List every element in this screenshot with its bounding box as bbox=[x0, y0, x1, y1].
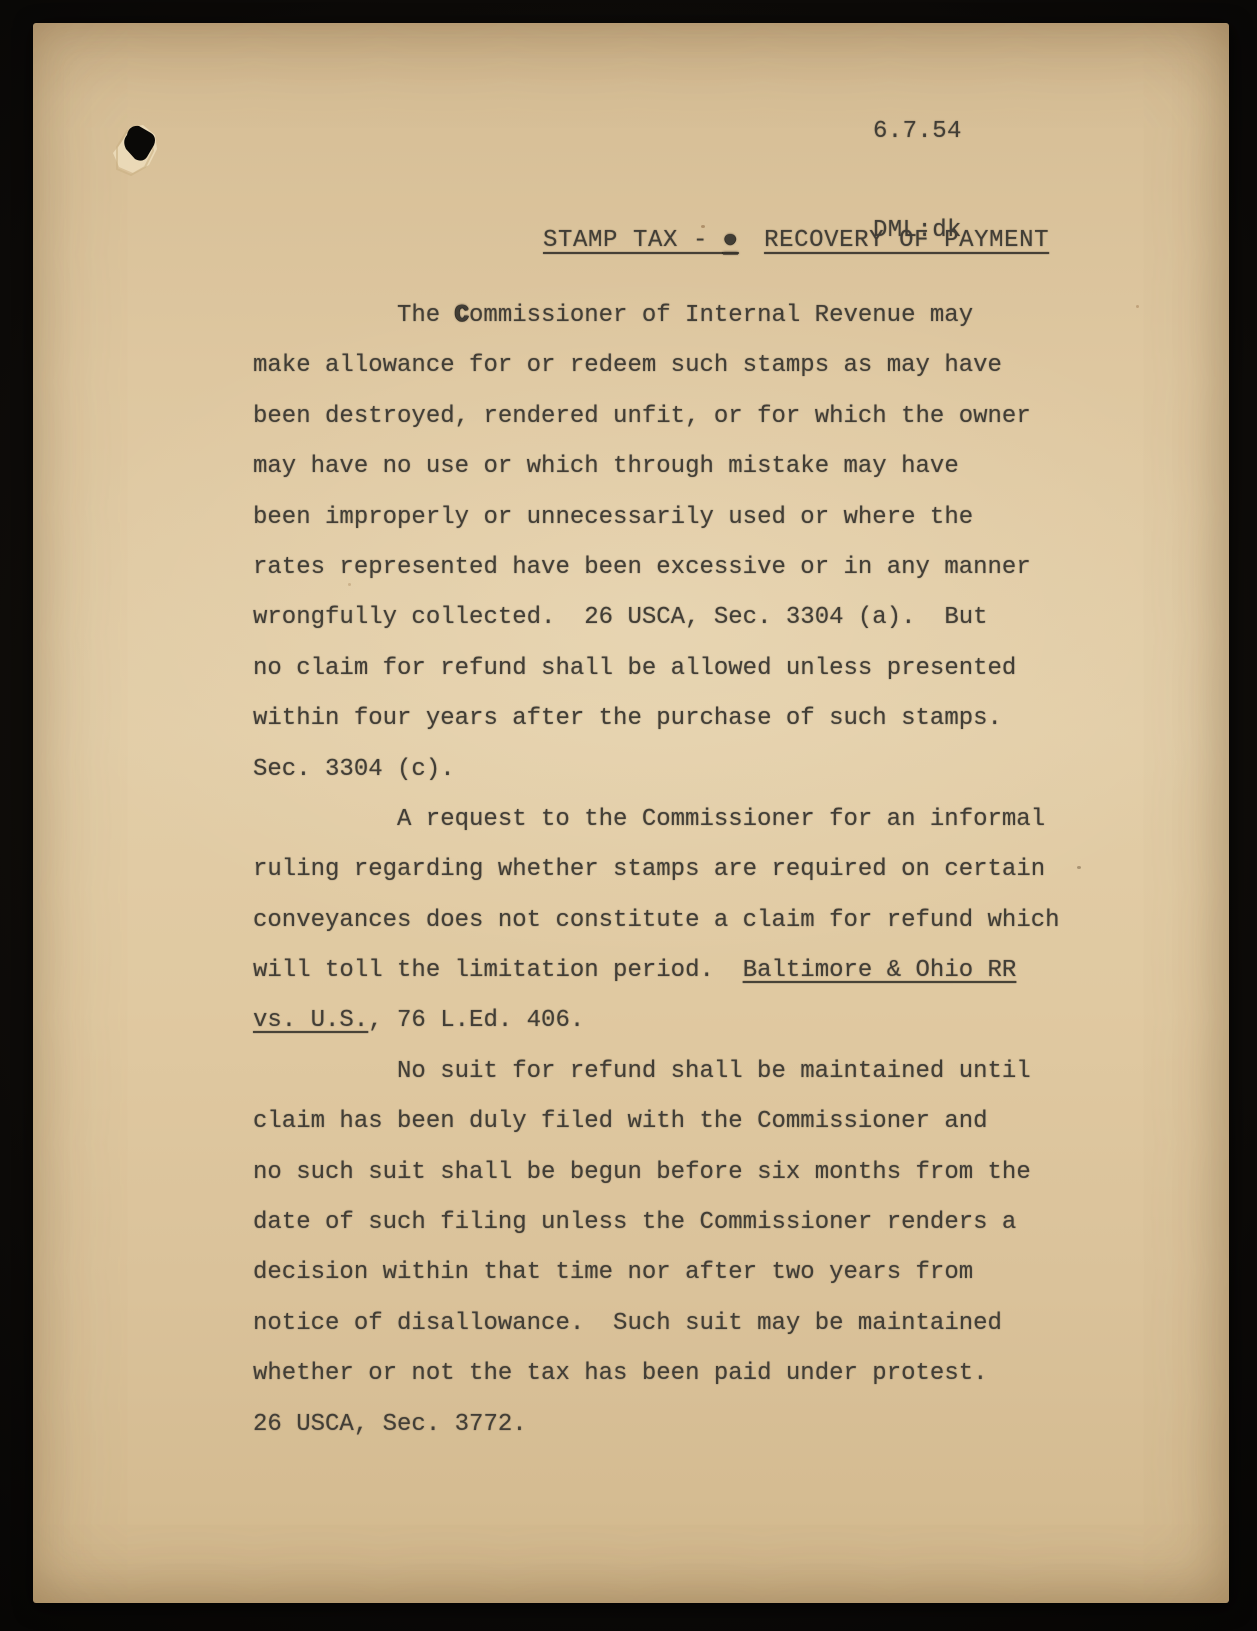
text-segment: A request to the Commissioner for an inf… bbox=[397, 806, 1045, 833]
text-segment: been destroyed, rendered unfit, or for w… bbox=[253, 403, 1031, 430]
text-segment: C bbox=[455, 302, 469, 329]
text-segment: ommissioner of Internal Revenue may bbox=[469, 302, 973, 329]
underlined-citation: vs. U.S. bbox=[253, 1007, 368, 1034]
text-segment: date of such filing unless the Commissio… bbox=[253, 1209, 1016, 1236]
text-segment: no claim for refund shall be allowed unl… bbox=[253, 655, 1016, 682]
document-line: vs. U.S., 76 L.Ed. 406. bbox=[253, 996, 1113, 1046]
document-line: Sec. 3304 (c). bbox=[253, 745, 1113, 795]
document-line: 26 USCA, Sec. 3772. bbox=[253, 1400, 1113, 1450]
text-segment: The bbox=[397, 302, 455, 329]
document-line: decision within that time nor after two … bbox=[253, 1248, 1113, 1298]
text-segment: no such suit shall be begun before six m… bbox=[253, 1159, 1031, 1186]
text-segment: make allowance for or redeem such stamps… bbox=[253, 352, 1002, 379]
document-line: date of such filing unless the Commissio… bbox=[253, 1198, 1113, 1248]
date-stamp: 6.7.54 bbox=[873, 115, 962, 148]
paper-sheet: 6.7.54 DML:dk STAMP TAX - ●RECOVERY OF P… bbox=[33, 23, 1229, 1603]
document-line: rates represented have been excessive or… bbox=[253, 543, 1113, 593]
document-line: been destroyed, rendered unfit, or for w… bbox=[253, 392, 1113, 442]
text-segment: Sec. 3304 (c). bbox=[253, 756, 455, 783]
text-segment: conveyances does not constitute a claim … bbox=[253, 907, 1060, 934]
paragraph: The Commissioner of Internal Revenue may… bbox=[253, 291, 1113, 795]
photo-background: { "colors": { "background": "#0c0a08", "… bbox=[0, 0, 1257, 1631]
document-line: conveyances does not constitute a claim … bbox=[253, 896, 1113, 946]
strikeover-bullet: ● bbox=[723, 227, 738, 254]
document-line: notice of disallowance. Such suit may be… bbox=[253, 1299, 1113, 1349]
document-line: no claim for refund shall be allowed unl… bbox=[253, 644, 1113, 694]
document-line: No suit for refund shall be maintained u… bbox=[253, 1047, 1113, 1097]
document-title: STAMP TAX - ●RECOVERY OF PAYMENT bbox=[483, 187, 1049, 295]
text-segment: been improperly or unnecessarily used or… bbox=[253, 504, 973, 531]
document-line: wrongfully collected. 26 USCA, Sec. 3304… bbox=[253, 593, 1113, 643]
document-line: The Commissioner of Internal Revenue may bbox=[253, 291, 1113, 341]
text-segment: notice of disallowance. Such suit may be… bbox=[253, 1310, 1002, 1337]
document-line: no such suit shall be begun before six m… bbox=[253, 1148, 1113, 1198]
text-segment: within four years after the purchase of … bbox=[253, 705, 1002, 732]
text-segment: wrongfully collected. 26 USCA, Sec. 3304… bbox=[253, 604, 988, 631]
paragraph: A request to the Commissioner for an inf… bbox=[253, 795, 1113, 1047]
document-line: may have no use or which through mistake… bbox=[253, 442, 1113, 492]
paper-speck bbox=[1136, 305, 1139, 308]
title-text-right: RECOVERY OF PAYMENT bbox=[764, 227, 1049, 254]
text-segment: No suit for refund shall be maintained u… bbox=[397, 1058, 1031, 1085]
document-line: been improperly or unnecessarily used or… bbox=[253, 493, 1113, 543]
text-segment: rates represented have been excessive or… bbox=[253, 554, 1031, 581]
document-line: A request to the Commissioner for an inf… bbox=[253, 795, 1113, 845]
document-line: make allowance for or redeem such stamps… bbox=[253, 341, 1113, 391]
text-segment: will toll the limitation period. bbox=[253, 957, 743, 984]
text-segment: whether or not the tax has been paid und… bbox=[253, 1360, 988, 1387]
text-segment: 26 USCA, Sec. 3772. bbox=[253, 1411, 527, 1438]
torn-punch-hole bbox=[93, 101, 183, 191]
document-line: claim has been duly filed with the Commi… bbox=[253, 1097, 1113, 1147]
document-line: within four years after the purchase of … bbox=[253, 694, 1113, 744]
paragraph: No suit for refund shall be maintained u… bbox=[253, 1047, 1113, 1450]
document-line: will toll the limitation period. Baltimo… bbox=[253, 946, 1113, 996]
document-body: The Commissioner of Internal Revenue may… bbox=[253, 291, 1113, 1450]
title-text-left: STAMP TAX - bbox=[543, 227, 723, 254]
text-segment: , 76 L.Ed. 406. bbox=[368, 1007, 584, 1034]
document-line: ruling regarding whether stamps are requ… bbox=[253, 845, 1113, 895]
document-line: whether or not the tax has been paid und… bbox=[253, 1349, 1113, 1399]
text-segment: may have no use or which through mistake… bbox=[253, 453, 959, 480]
text-segment: claim has been duly filed with the Commi… bbox=[253, 1108, 988, 1135]
text-segment: ruling regarding whether stamps are requ… bbox=[253, 856, 1045, 883]
underlined-citation: Baltimore & Ohio RR bbox=[743, 957, 1017, 984]
text-segment: decision within that time nor after two … bbox=[253, 1259, 973, 1286]
